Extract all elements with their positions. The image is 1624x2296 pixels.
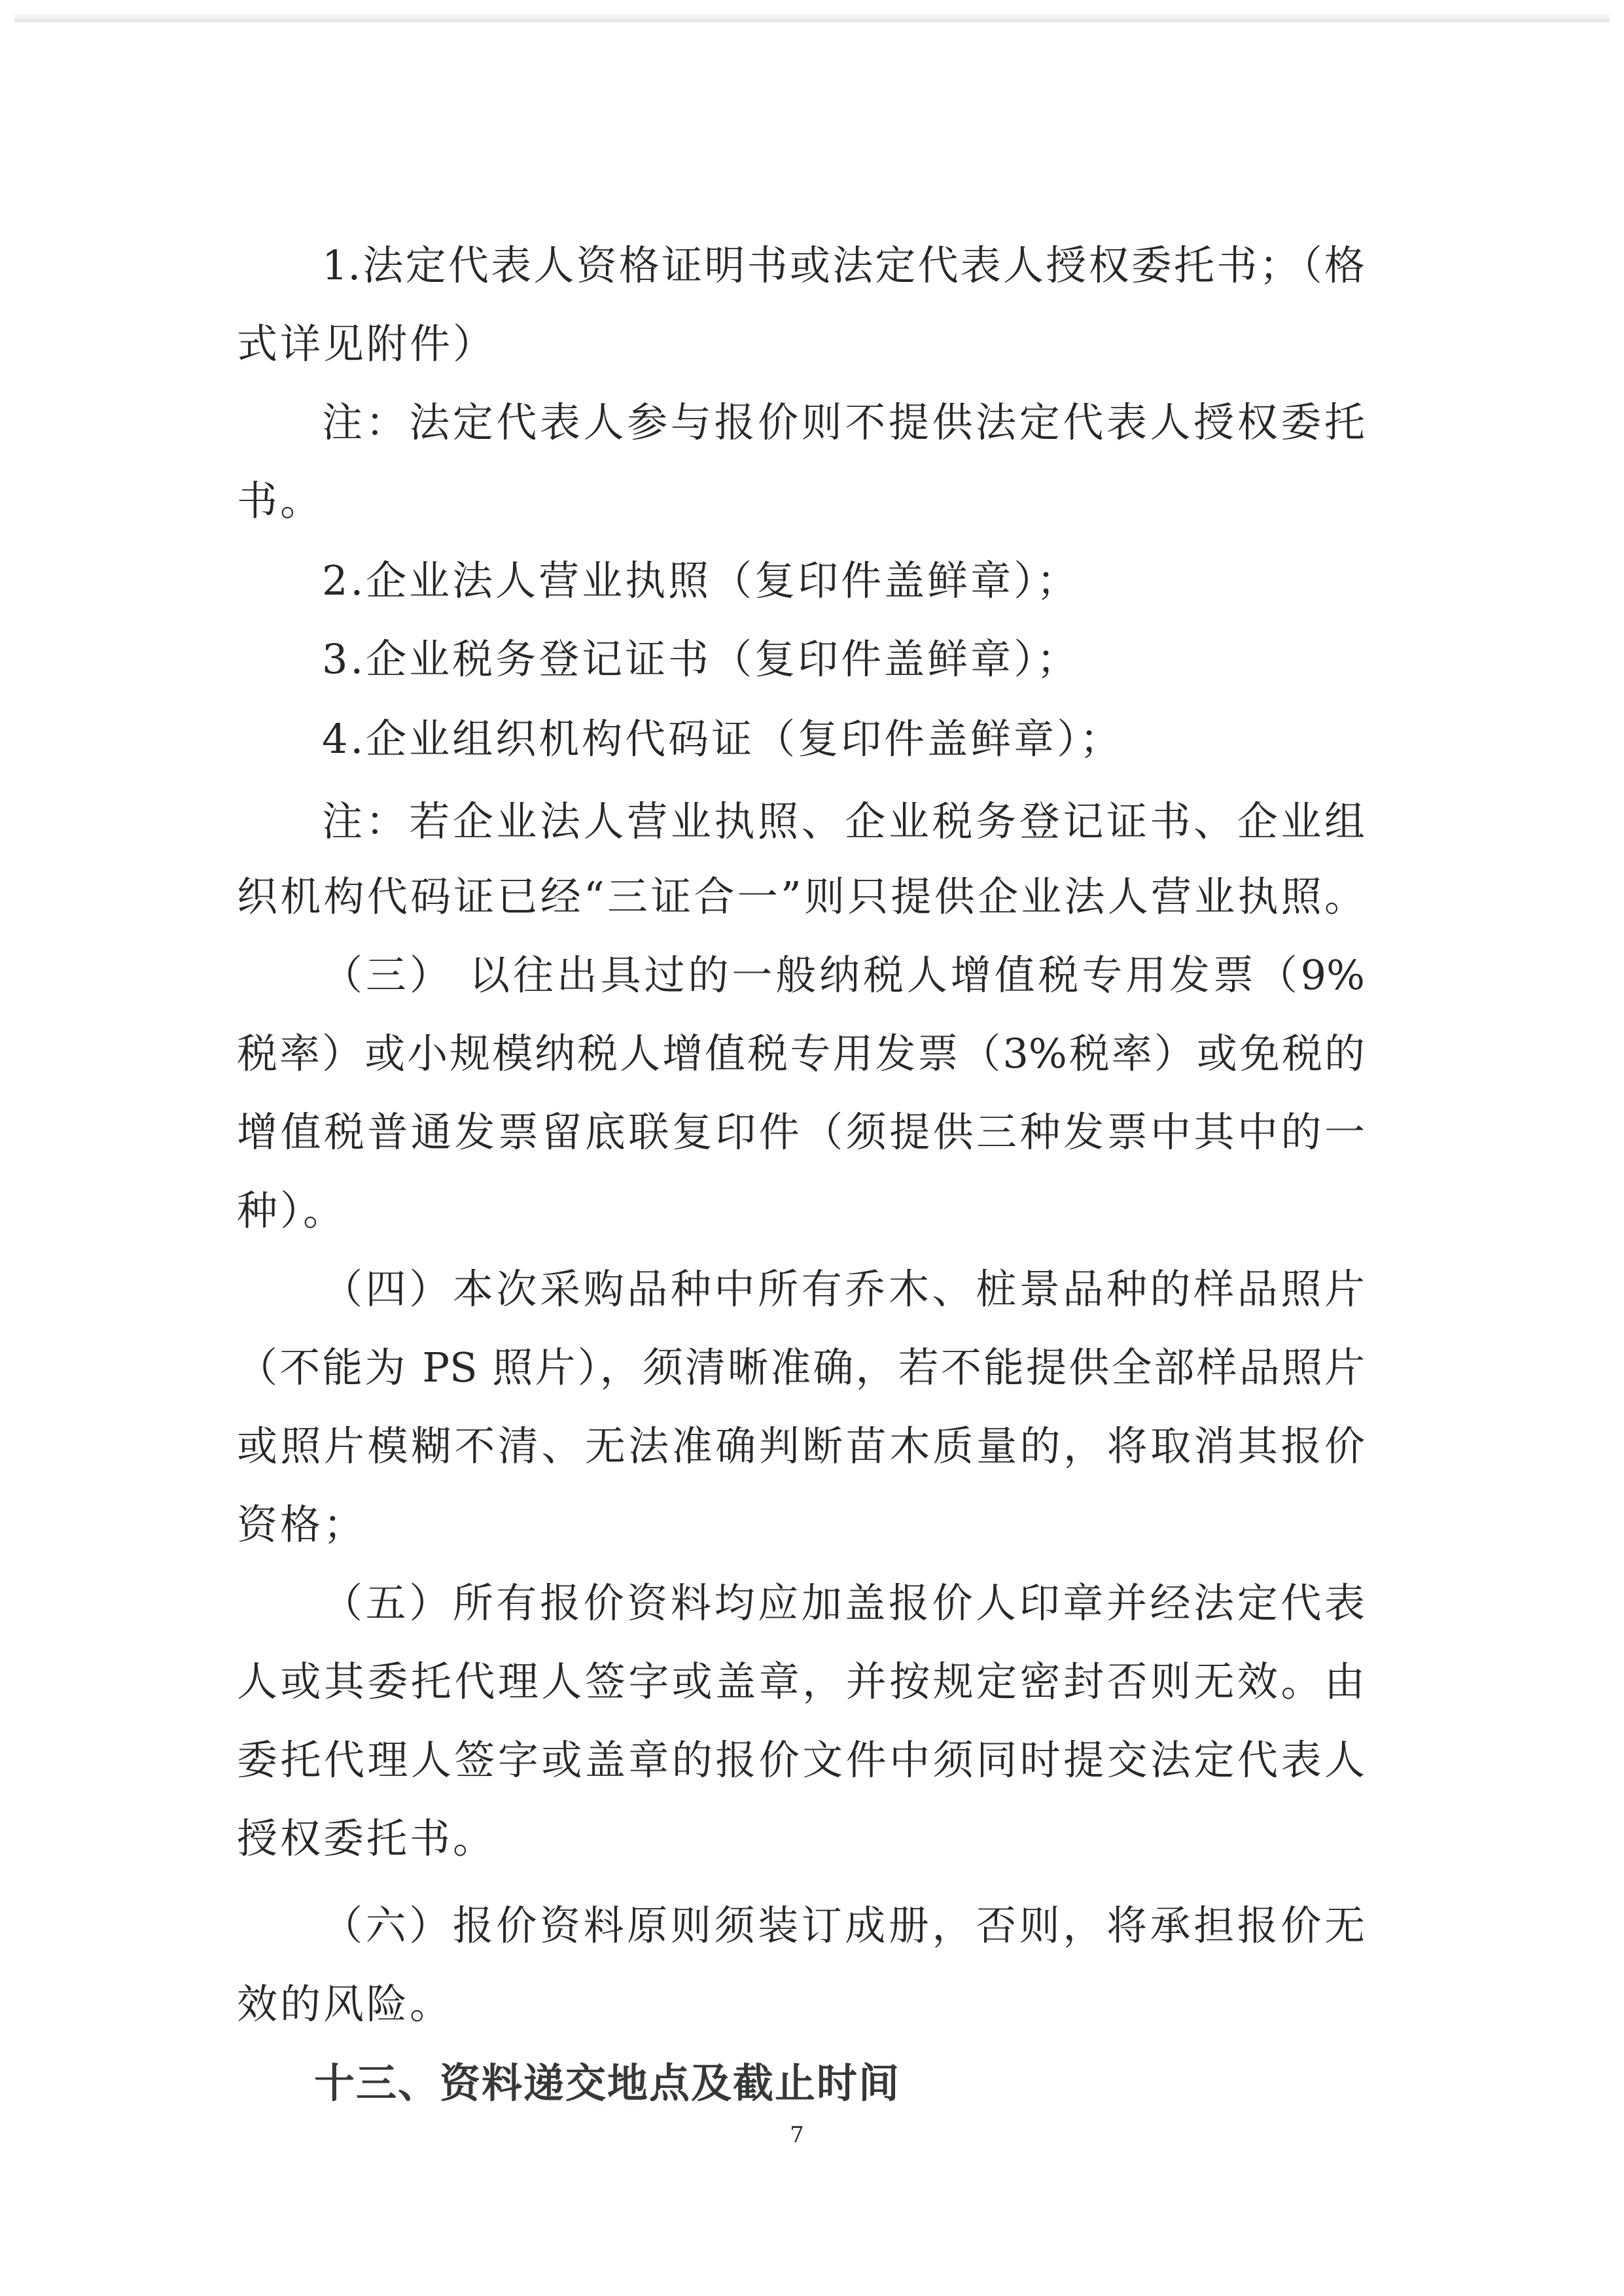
- text-line: （五）所有报价资料均应加盖报价人印章并经法定代表: [322, 1580, 1365, 1627]
- text-line: 1.法定代表人资格证明书或法定代表人授权委托书；（格: [322, 242, 1365, 289]
- text-line: 2.企业法人营业执照（复印件盖鲜章）；: [322, 557, 1365, 604]
- text-line: 织机构代码证已经“三证合一”则只提供企业法人营业执照。: [237, 873, 1365, 920]
- text-line: 委托代理人签字或盖章的报价文件中须同时提交法定代表人: [237, 1737, 1365, 1784]
- text-line: 资格；: [237, 1501, 1365, 1548]
- text-line: 4.企业组织机构代码证（复印件盖鲜章）；: [322, 716, 1365, 763]
- text-line: （不能为 PS 照片），须清晰准确，若不能提供全部样品照片: [237, 1344, 1365, 1391]
- text-line: 增值税普通发票留底联复印件（须提供三种发票中其中的一: [237, 1109, 1365, 1156]
- text-line: 或照片模糊不清、无法准确判断苗木质量的，将取消其报价: [237, 1423, 1365, 1470]
- text-line: 书。: [237, 478, 1365, 525]
- text-line: （三） 以往出具过的一般纳税人增值税专用发票（9%: [322, 952, 1365, 999]
- text-line: （四）本次采购品种中所有乔木、桩景品种的样品照片: [322, 1266, 1365, 1313]
- text-line: 注：法定代表人参与报价则不提供法定代表人授权委托: [322, 399, 1365, 446]
- section-heading: 十三、资料递交地点及截止时间: [314, 2059, 900, 2108]
- text-line: 授权委托书。: [237, 1815, 1365, 1862]
- document-page: 1.法定代表人资格证明书或法定代表人授权委托书；（格式详见附件）注：法定代表人参…: [0, 0, 1624, 2296]
- page-number: 7: [787, 2122, 807, 2148]
- text-line: 效的风险。: [237, 1981, 1365, 2028]
- text-line: 注：若企业法人营业执照、企业税务登记证书、企业组: [322, 798, 1365, 845]
- text-line: 人或其委托代理人签字或盖章，并按规定密封否则无效。由: [237, 1658, 1365, 1705]
- text-line: 税率）或小规模纳税人增值税专用发票（3%税率）或免税的: [237, 1030, 1365, 1077]
- text-line: 式详见附件）: [237, 321, 1365, 368]
- text-line: 3.企业税务登记证书（复印件盖鲜章）；: [322, 636, 1365, 683]
- text-line: 种）。: [237, 1187, 1365, 1234]
- text-line: （六）报价资料原则须装订成册，否则，将承担报价无: [322, 1902, 1365, 1949]
